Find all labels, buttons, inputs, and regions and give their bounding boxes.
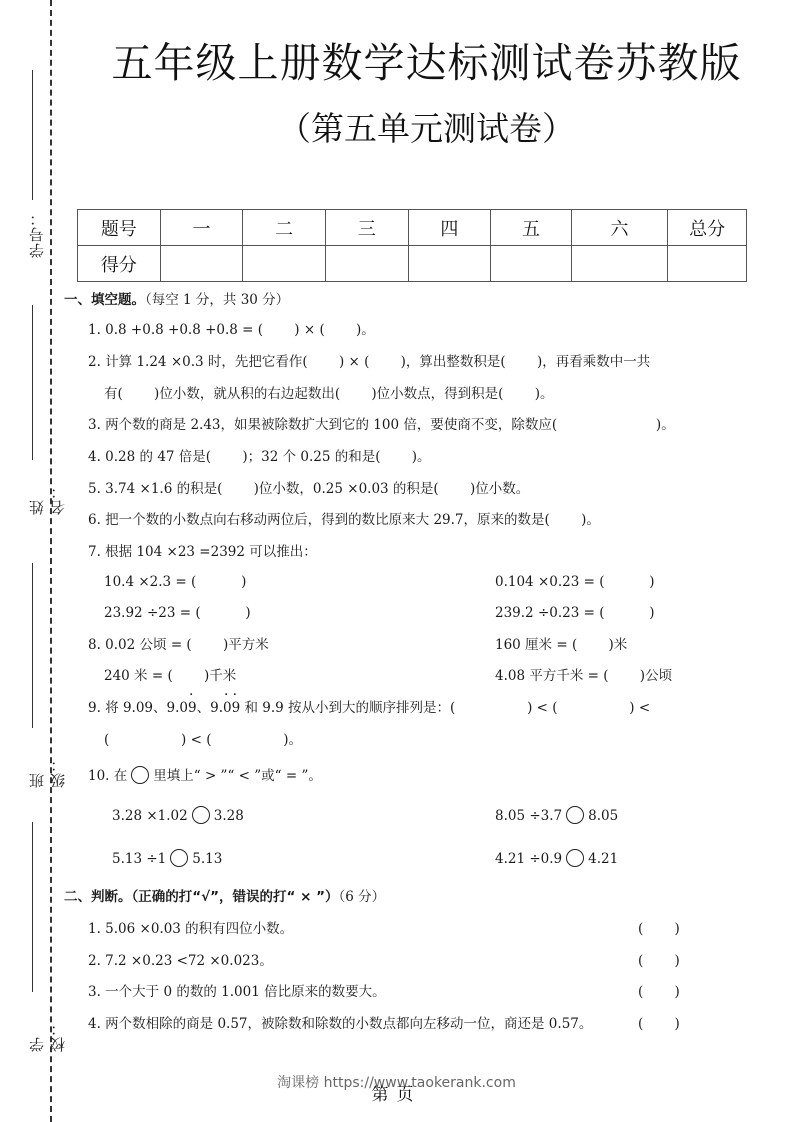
score-table-cell: 六 — [571, 210, 668, 246]
student-number-field[interactable]: 学号： — [14, 70, 54, 260]
score-table-cell: 总分 — [668, 210, 747, 246]
judge-item-1: 1. 5.06 ×0.03 的积有四位小数。 — [88, 917, 293, 937]
name-label: 姓名： — [26, 473, 46, 515]
judge-answer-4[interactable]: ( ) — [638, 1012, 680, 1032]
compare-left: 4.21 ÷0.9 — [495, 851, 562, 867]
question-9-line2: ( ) < ( )。 — [104, 728, 302, 748]
section2-title: 二、判断。（正确的打“√”，错误的打“ × ”） — [64, 889, 338, 905]
q9-repeat-digit: 9 — [232, 700, 241, 716]
question-4: 4. 0.28 的 47 倍是( )；32 个 0.25 的和是( )。 — [88, 445, 431, 465]
answer-circle-icon[interactable] — [170, 849, 188, 867]
question-10-item: 4.21 ÷0.94.21 — [495, 849, 618, 867]
question-7-item: 10.4 ×2.3 = ( ) — [104, 570, 246, 590]
section2-heading: 二、判断。（正确的打“√”，错误的打“ × ”）（6 分） — [64, 885, 385, 905]
q9-repeat-digit: 9 — [188, 700, 197, 716]
score-cell-5[interactable] — [491, 246, 572, 282]
judge-answer-2[interactable]: ( ) — [638, 949, 680, 969]
class-underline — [32, 563, 33, 728]
question-6: 6. 把一个数的小数点向右移动两位后，得到的数比原来大 29.7，原来的数是( … — [88, 508, 600, 528]
compare-left: 3.28 ×1.02 — [112, 808, 188, 824]
question-10-item: 3.28 ×1.023.28 — [112, 806, 244, 824]
q9-sep: 、 — [197, 700, 211, 716]
class-field[interactable]: 班级： — [14, 563, 54, 788]
judge-item-2: 2. 7.2 ×0.23 <72 ×0.023。 — [88, 949, 273, 969]
judge-item-3: 3. 一个大于 0 的数的 1.001 倍比原来的数要大。 — [88, 980, 386, 1000]
section1-title: 一、填空题。 — [64, 292, 145, 308]
student-number-label: 学号： — [26, 210, 46, 258]
score-table-cell: 五 — [491, 210, 572, 246]
name-underline — [32, 305, 33, 460]
compare-left: 8.05 ÷3.7 — [495, 808, 562, 824]
score-table-header-row: 题号 一 二 三 四 五 六 总分 — [78, 210, 747, 246]
compare-right: 8.05 — [588, 808, 618, 824]
answer-circle-icon[interactable] — [192, 806, 210, 824]
student-number-underline — [32, 70, 33, 200]
section1-heading: 一、填空题。（每空 1 分，共 30 分） — [64, 288, 289, 308]
question-5: 5. 3.74 ×1.6 的积是( )位小数，0.25 ×0.03 的积是( )… — [88, 477, 529, 497]
question-10-item: 8.05 ÷3.78.05 — [495, 806, 618, 824]
class-label: 班级： — [26, 741, 46, 788]
q10-suffix: 里填上“ > ”“ < ”或“ = ”。 — [153, 768, 322, 784]
score-table-score-row: 得分 — [78, 246, 747, 282]
question-9-line1: 9. 将 9.09、9.09、9.09 和 9.9 按从小到大的顺序排列是：( … — [88, 696, 650, 716]
section2-note: （6 分） — [338, 889, 385, 905]
page-number-label: 第页 — [0, 1080, 793, 1105]
question-3: 3. 两个数的商是 2.43，如果被除数扩大到它的 100 倍，要使商不变，除数… — [88, 413, 675, 433]
school-label: 学校： — [26, 1005, 46, 1052]
score-table-cell: 题号 — [78, 210, 161, 246]
question-8-item: 4.08 平方千米 = ( )公顷 — [495, 664, 672, 684]
q9-prefix: 9. 将 9.09、 — [88, 700, 167, 716]
score-cell-6[interactable] — [571, 246, 668, 282]
q9-num2a: 9.0 — [167, 700, 188, 716]
question-8-item: 240 米 = ( )千米 — [104, 664, 236, 684]
judge-answer-3[interactable]: ( ) — [638, 980, 680, 1000]
compare-right: 5.13 — [192, 851, 222, 867]
score-table-cell: 三 — [325, 210, 408, 246]
judge-answer-1[interactable]: ( ) — [638, 917, 680, 937]
name-field[interactable]: 姓名： — [14, 305, 54, 515]
question-7: 7. 根据 104 ×23 =2392 可以推出： — [88, 540, 317, 560]
circle-icon — [131, 766, 149, 784]
q10-prefix: 10. 在 — [88, 768, 127, 784]
question-8-item: 8. 0.02 公顷 = ( )平方米 — [88, 633, 269, 653]
school-underline — [32, 822, 33, 992]
compare-left: 5.13 ÷1 — [112, 851, 166, 867]
question-7-item: 23.92 ÷23 = ( ) — [104, 601, 251, 621]
question-7-item: 0.104 ×0.23 = ( ) — [495, 570, 655, 590]
question-8-item: 160 厘米 = ( )米 — [495, 633, 627, 653]
score-table-cell: 四 — [408, 210, 491, 246]
question-1: 1. 0.8 +0.8 +0.8 +0.8 = ( ) × ( )。 — [88, 318, 375, 338]
question-10-item: 5.13 ÷15.13 — [112, 849, 222, 867]
exam-subtitle: （第五单元测试卷） — [60, 103, 793, 150]
question-2-line1: 2. 计算 1.24 ×0.3 时，先把它看作( ) × ( )，算出整数积是(… — [88, 350, 650, 370]
score-cell-1[interactable] — [160, 246, 243, 282]
score-table-cell: 得分 — [78, 246, 161, 282]
q9-rest: 和 9.9 按从小到大的顺序排列是：( ) < ( ) < — [240, 700, 650, 716]
answer-circle-icon[interactable] — [566, 806, 584, 824]
question-10: 10. 在里填上“ > ”“ < ”或“ = ”。 — [88, 764, 322, 784]
question-7-item: 239.2 ÷0.23 = ( ) — [495, 601, 655, 621]
score-cell-4[interactable] — [408, 246, 491, 282]
score-cell-3[interactable] — [325, 246, 408, 282]
q9-repeat-digit: 0 — [223, 700, 232, 716]
q9-num3a: 9. — [210, 700, 223, 716]
score-table: 题号 一 二 三 四 五 六 总分 得分 — [77, 209, 747, 282]
score-table-cell: 一 — [160, 210, 243, 246]
score-cell-2[interactable] — [243, 246, 326, 282]
question-2-line2: 有( )位小数，就从积的右边起数出( )位小数点，得到积是( )。 — [104, 382, 553, 402]
compare-right: 4.21 — [588, 851, 618, 867]
section1-note: （每空 1 分，共 30 分） — [145, 292, 289, 308]
score-table-cell: 二 — [243, 210, 326, 246]
compare-right: 3.28 — [214, 808, 244, 824]
answer-circle-icon[interactable] — [566, 849, 584, 867]
exam-title: 五年级上册数学达标测试卷苏教版 — [60, 30, 793, 89]
school-field[interactable]: 学校： — [14, 822, 54, 1052]
judge-item-4: 4. 两个数相除的商是 0.57，被除数和除数的小数点都向左移动一位，商还是 0… — [88, 1012, 592, 1032]
score-cell-total[interactable] — [668, 246, 747, 282]
